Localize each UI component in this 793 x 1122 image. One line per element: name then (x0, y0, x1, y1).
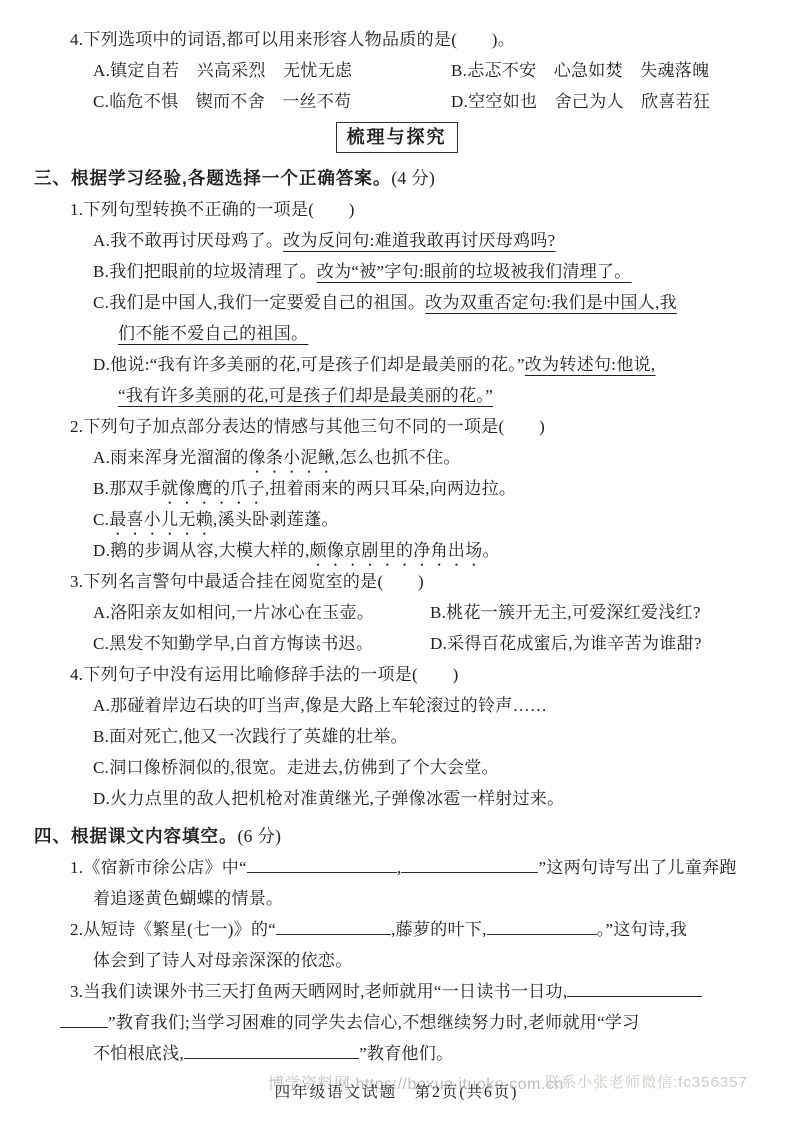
dot-emphasis-segment: 就像鹰的爪子 (161, 479, 265, 498)
text-segment: 三、根据学习经验,各题选择一个正确答案。 (34, 168, 391, 188)
text-line: 4.下列选项中的词语,都可以用来形容人物品质的是( )。 (0, 24, 793, 55)
text-segment: 4.下列句子中没有运用比喻修辞手法的一项是( ) (70, 665, 459, 684)
underlined-segment: 们不能不爱自己的祖国。 (118, 324, 308, 343)
text-line: 体会到了诗人对母亲深深的依恋。 (0, 945, 793, 976)
text-segment: C.临危不惧 锲而不舍 一丝不苟 (93, 86, 451, 117)
text-line: 1.下列句型转换不正确的一项是( ) (0, 194, 793, 225)
question-4-carryover: 4.下列选项中的词语,都可以用来形容人物品质的是( )。A.镇定自若 兴高采烈 … (0, 24, 793, 117)
text-segment: 着追逐黄色蝴蝶的情景。 (93, 889, 283, 908)
text-segment: D.他说:“我有许多美丽的花,可是孩子们却是最美丽的花。” (93, 355, 525, 374)
text-segment: B.面对死亡,他又一次践行了英雄的壮举。 (93, 727, 408, 746)
text-segment: ”教育我们;当学习困难的同学失去信心,不想继续努力时,老师就用“学习 (108, 1013, 640, 1032)
text-segment: (6 分) (238, 826, 282, 846)
section-divider-label: 梳理与探究 (336, 122, 458, 153)
fill-in-blank-line[interactable] (276, 919, 391, 935)
text-line: A.洛阳亲友如相问,一片冰心在玉壶。B.桃花一簇开无主,可爱深红爱浅红? (0, 597, 793, 628)
document-body: 4.下列选项中的词语,都可以用来形容人物品质的是( )。A.镇定自若 兴高采烈 … (0, 24, 793, 1069)
text-segment: ”教育他们。 (359, 1044, 453, 1063)
section-heading: 三、根据学习经验,各题选择一个正确答案。(4 分) (0, 163, 793, 194)
text-line: B.我们把眼前的垃圾清理了。改为“被”字句:眼前的垃圾被我们清理了。 (0, 256, 793, 287)
dot-emphasis-segment: 最喜小儿无赖 (109, 510, 213, 529)
text-segment: B.我们把眼前的垃圾清理了。 (93, 262, 317, 281)
text-segment: C.黑发不知勤学早,白首方悔读书迟。 (93, 628, 430, 659)
text-segment: 4.下列选项中的词语,都可以用来形容人物品质的是( )。 (70, 30, 515, 49)
text-segment: C.我们是中国人,我们一定要爱自己的祖国。 (93, 293, 425, 312)
test-paper-page: 4.下列选项中的词语,都可以用来形容人物品质的是( )。A.镇定自若 兴高采烈 … (0, 0, 793, 1122)
text-segment: 2.下列句子加点部分表达的情感与其他三句不同的一项是( ) (70, 417, 545, 436)
text-segment: C. (93, 510, 109, 529)
underlined-segment: 改为反问句:难道我敢再讨厌母鸡吗? (283, 231, 555, 250)
fill-in-blank-line[interactable] (184, 1043, 359, 1059)
text-segment: 1.《宿新市徐公店》中“ (70, 858, 247, 877)
text-line: D.他说:“我有许多美丽的花,可是孩子们却是最美丽的花。”改为转述句:他说, (0, 349, 793, 380)
text-line: C.临危不惧 锲而不舍 一丝不苟D.空空如也 舍己为人 欣喜若狂 (0, 86, 793, 117)
text-segment: A.雨来浑身光溜溜的 (93, 448, 249, 467)
dot-emphasis-segment: 像条小泥鳅 (249, 448, 336, 467)
text-segment: ,溪头卧剥莲蓬。 (213, 510, 339, 529)
text-segment: 体会到了诗人对母亲深深的依恋。 (93, 951, 353, 970)
text-line: C.最喜小儿无赖,溪头卧剥莲蓬。 (0, 504, 793, 535)
text-line: “我有许多美丽的花,可是孩子们却是最美丽的花。” (0, 380, 793, 411)
text-segment: ,怎么也抓不住。 (335, 448, 461, 467)
text-segment: B.桃花一簇开无主,可爱深红爱浅红? (430, 603, 701, 622)
text-segment: A.洛阳亲友如相问,一片冰心在玉壶。 (93, 597, 430, 628)
text-segment: B.忐忑不安 心急如焚 失魂落魄 (451, 61, 709, 80)
text-line: B.面对死亡,他又一次践行了英雄的壮举。 (0, 721, 793, 752)
text-line: A.我不敢再讨厌母鸡了。改为反问句:难道我敢再讨厌母鸡吗? (0, 225, 793, 256)
page-number-label: 四年级语文试题 第2页(共6页) (0, 1080, 793, 1102)
text-line: 3.下列名言警句中最适合挂在阅览室的是( ) (0, 566, 793, 597)
section-divider: 梳理与探究 (0, 119, 793, 159)
text-line: 们不能不爱自己的祖国。 (0, 318, 793, 349)
section-heading: 四、根据课文内容填空。(6 分) (0, 821, 793, 852)
text-segment: 四、根据课文内容填空。 (34, 826, 238, 846)
fill-in-blank-line[interactable] (487, 919, 597, 935)
text-segment: C.洞口像桥洞似的,很宽。走进去,仿佛到了个大会堂。 (93, 758, 499, 777)
text-line: D.鹅的步调从容,大模大样的,颇像京剧里的净角出场。 (0, 535, 793, 566)
text-segment: 。 (483, 541, 500, 560)
text-segment: B.那双手 (93, 479, 161, 498)
text-line: 2.从短诗《繁星(七一)》的“,藤萝的叶下,。”这句诗,我 (0, 914, 793, 945)
underlined-segment: 改为双重否定句:我们是中国人,我 (425, 293, 677, 312)
text-line: C.洞口像桥洞似的,很宽。走进去,仿佛到了个大会堂。 (0, 752, 793, 783)
text-segment: (4 分) (391, 168, 435, 188)
text-line: 着追逐黄色蝴蝶的情景。 (0, 883, 793, 914)
divider-row: 梳理与探究 (0, 119, 793, 159)
text-line: 3.当我们读课外书三天打鱼两天晒网时,老师就用“一日读书一日功, (0, 976, 793, 1007)
text-segment: D.鹅的步调从容,大模大样的, (93, 541, 310, 560)
text-line: 2.下列句子加点部分表达的情感与其他三句不同的一项是( ) (0, 411, 793, 442)
text-segment: 。”这句诗,我 (597, 920, 687, 939)
text-segment: ,藤萝的叶下, (391, 920, 487, 939)
text-line: C.黑发不知勤学早,白首方悔读书迟。D.采得百花成蜜后,为谁辛苦为谁甜? (0, 628, 793, 659)
text-line: B.那双手就像鹰的爪子,扭着雨来的两只耳朵,向两边拉。 (0, 473, 793, 504)
text-line: 4.下列句子中没有运用比喻修辞手法的一项是( ) (0, 659, 793, 690)
text-segment: D.火力点里的敌人把机枪对准黄继光,子弹像冰雹一样射过来。 (93, 789, 564, 808)
text-segment: D.采得百花成蜜后,为谁辛苦为谁甜? (430, 634, 702, 653)
text-segment: 不怕根底浅, (93, 1044, 184, 1063)
underlined-segment: 改为转述句:他说, (525, 355, 656, 374)
text-line: A.镇定自若 兴高采烈 无忧无虑B.忐忑不安 心急如焚 失魂落魄 (0, 55, 793, 86)
text-segment: 3.当我们读课外书三天打鱼两天晒网时,老师就用“一日读书一日功, (70, 982, 567, 1001)
text-segment: 1.下列句型转换不正确的一项是( ) (70, 200, 355, 219)
fill-in-blank-line[interactable] (567, 981, 702, 997)
text-segment: A.我不敢再讨厌母鸡了。 (93, 231, 283, 250)
text-segment: 2.从短诗《繁星(七一)》的“ (70, 920, 276, 939)
text-segment: ,扭着雨来的两只耳朵,向两边拉。 (265, 479, 516, 498)
text-segment: D.空空如也 舍己为人 欣喜若狂 (451, 92, 710, 111)
fill-in-blank-line[interactable] (60, 1012, 108, 1028)
text-segment: A.那碰着岸边石块的叮当声,像是大路上车轮滚过的铃声…… (93, 696, 547, 715)
section-3: 三、根据学习经验,各题选择一个正确答案。(4 分)1.下列句型转换不正确的一项是… (0, 163, 793, 814)
text-segment: 3.下列名言警句中最适合挂在阅览室的是( ) (70, 572, 424, 591)
page-footer: 博学资料网 https://boxue.ituoke.com.cn 联系小张老师… (0, 1068, 793, 1108)
section-4: 四、根据课文内容填空。(6 分)1.《宿新市徐公店》中“,”这两句诗写出了儿童奔… (0, 821, 793, 1069)
text-line: D.火力点里的敌人把机枪对准黄继光,子弹像冰雹一样射过来。 (0, 783, 793, 814)
text-line: ”教育我们;当学习困难的同学失去信心,不想继续努力时,老师就用“学习 (0, 1007, 793, 1038)
text-line: 不怕根底浅,”教育他们。 (0, 1038, 793, 1069)
text-segment: ”这两句诗写出了儿童奔跑 (538, 858, 736, 877)
fill-in-blank-line[interactable] (401, 857, 538, 873)
text-line: A.雨来浑身光溜溜的像条小泥鳅,怎么也抓不住。 (0, 442, 793, 473)
underlined-segment: 改为“被”字句:眼前的垃圾被我们清理了。 (317, 262, 632, 281)
text-line: A.那碰着岸边石块的叮当声,像是大路上车轮滚过的铃声…… (0, 690, 793, 721)
text-line: 1.《宿新市徐公店》中“,”这两句诗写出了儿童奔跑 (0, 852, 793, 883)
fill-in-blank-line[interactable] (247, 857, 397, 873)
underlined-segment: “我有许多美丽的花,可是孩子们却是最美丽的花。” (118, 386, 493, 405)
text-line: C.我们是中国人,我们一定要爱自己的祖国。改为双重否定句:我们是中国人,我 (0, 287, 793, 318)
text-segment: A.镇定自若 兴高采烈 无忧无虑 (93, 55, 451, 86)
dot-emphasis-segment: 颇像京剧里的净角出场 (310, 541, 483, 560)
